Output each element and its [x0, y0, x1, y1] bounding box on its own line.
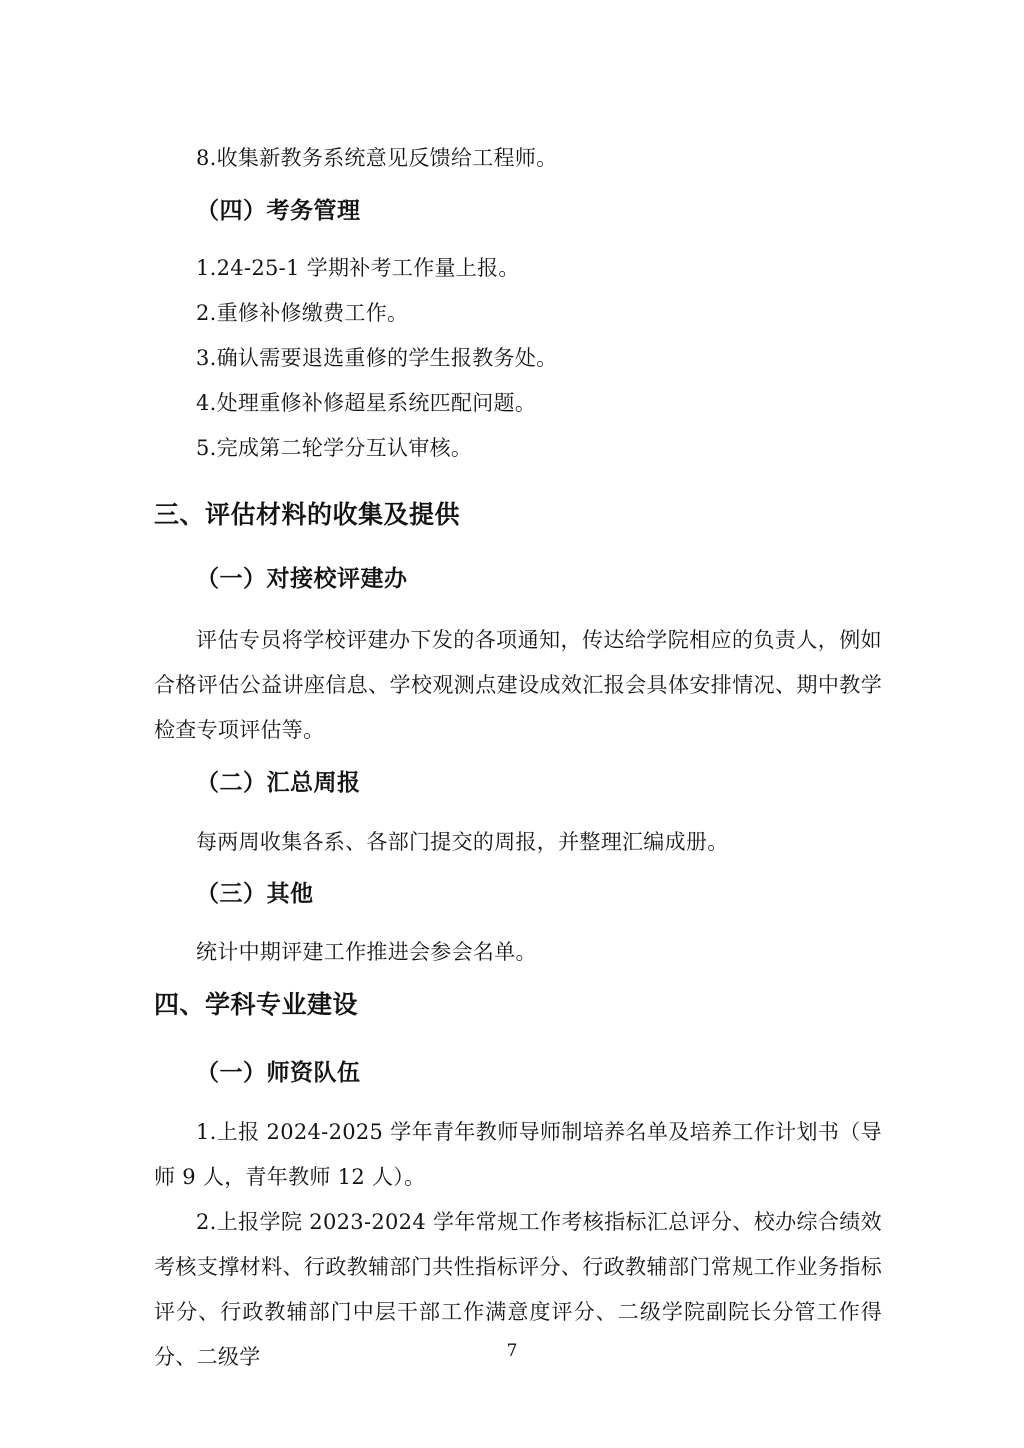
document-body: 8.收集新教务系统意见反馈给工程师。 （四）考务管理 1.24-25-1 学期补…: [154, 136, 882, 1380]
document-page: 8.收集新教务系统意见反馈给工程师。 （四）考务管理 1.24-25-1 学期补…: [0, 0, 1024, 1448]
paragraph: 每两周收集各系、各部门提交的周报，并整理汇编成册。: [154, 820, 882, 865]
list-item: 1.24-25-1 学期补考工作量上报。: [154, 246, 882, 291]
section-heading-evaluation-materials: 三、评估材料的收集及提供: [154, 492, 882, 537]
subsection-heading-weekly-report: （二）汇总周报: [154, 761, 882, 806]
paragraph: 1.上报 2024-2025 学年青年教师导师制培养名单及培养工作计划书（导师 …: [154, 1110, 882, 1200]
page-number: 7: [0, 1340, 1024, 1362]
subsection-heading-liaison-office: （一）对接校评建办: [154, 557, 882, 602]
list-item: 3.确认需要退选重修的学生报教务处。: [154, 336, 882, 381]
paragraph: 评估专员将学校评建办下发的各项通知，传达给学院相应的负责人，例如合格评估公益讲座…: [154, 618, 882, 753]
list-item: 5.完成第二轮学分互认审核。: [154, 426, 882, 471]
list-item: 8.收集新教务系统意见反馈给工程师。: [154, 136, 882, 181]
list-item: 2.重修补修缴费工作。: [154, 291, 882, 336]
paragraph: 统计中期评建工作推进会参会名单。: [154, 930, 882, 975]
subsection-heading-faculty-team: （一）师资队伍: [154, 1051, 882, 1096]
section-heading-discipline-construction: 四、学科专业建设: [154, 982, 882, 1027]
subsection-heading-other: （三）其他: [154, 872, 882, 917]
subsection-heading-exam-management: （四）考务管理: [154, 189, 882, 234]
list-item: 4.处理重修补修超星系统匹配问题。: [154, 381, 882, 426]
